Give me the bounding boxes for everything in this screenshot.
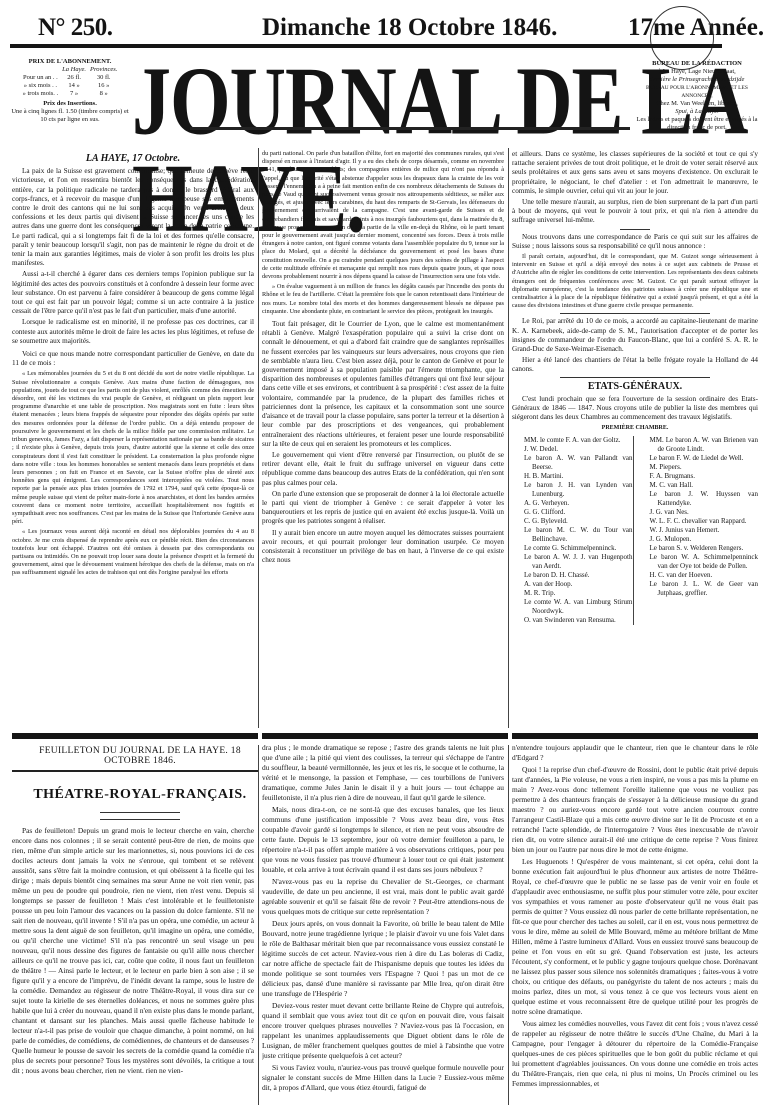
article-paragraph: Nous trouvons dans une correspondance de… bbox=[512, 233, 758, 251]
column-separator bbox=[508, 148, 509, 728]
member-name: Le baron J. H. van Lynden van Lunenburg. bbox=[512, 481, 633, 499]
insertions-text: Une à cinq lignes fl. 1.50 (timbre compr… bbox=[10, 108, 130, 124]
feuilleton-paragraph: Pas de feuilleton! Depuis un grand mois … bbox=[12, 826, 254, 1076]
column-separator bbox=[258, 148, 259, 728]
article-paragraph: du parti national. On parle d'un bataill… bbox=[262, 150, 504, 281]
feuilleton-paragraph: Quoi ! la reprise d'un chef-d'œuvre de R… bbox=[512, 765, 758, 855]
dateline: LA HAYE, 17 Octobre. bbox=[12, 154, 254, 163]
subscription-cell: 30 fl. bbox=[88, 74, 119, 82]
member-name: O. van Swinderen van Rensuma. bbox=[512, 616, 633, 625]
column-separator bbox=[508, 745, 509, 1105]
member-name: MM. le comte F. A. van der Goltz. bbox=[512, 436, 633, 445]
section-divider bbox=[620, 229, 650, 230]
feuilleton-paragraph: Vous aimez les comédies nouvelles, vous … bbox=[512, 1019, 758, 1089]
subscription-col-header: La Haye. bbox=[60, 66, 88, 74]
article-paragraph: » On évalue vaguement à un million de fr… bbox=[262, 283, 504, 316]
section-divider bbox=[560, 313, 710, 314]
member-name: Le comte G. Schimmelpenninck. bbox=[512, 544, 633, 553]
column-1: LA HAYE, 17 Octobre. La paix de la Suiss… bbox=[12, 150, 254, 740]
subscription-col-header: Provinces. bbox=[88, 66, 119, 74]
chamber-heading: PREMIÈRE CHAMBRE. bbox=[512, 424, 758, 433]
subscription-cell: 14 » bbox=[60, 82, 88, 90]
article-paragraph: On parle d'une extension que se proposer… bbox=[262, 490, 504, 527]
subscription-cell: 8 » bbox=[88, 90, 119, 98]
section-divider bbox=[560, 377, 710, 378]
feuilleton-header-rule bbox=[12, 770, 258, 772]
feuilleton-paragraph: N'avez-vous pas eu la reprise du Chevali… bbox=[262, 877, 504, 917]
bureau-address: derrière le Prinsegracht, Noordzijde bbox=[632, 76, 762, 84]
subscription-col-header bbox=[21, 66, 61, 74]
feuilleton-paragraph: Si vous l'aviez voulu, n'auriez-vous pas… bbox=[262, 1063, 504, 1093]
member-name: G. G. Clifford. bbox=[512, 508, 633, 517]
article-paragraph: Lorsque le radicalisme est en minorité, … bbox=[12, 318, 254, 346]
column-3: et ailleurs. Dans ce système, les classe… bbox=[512, 150, 758, 730]
paris-correspondence: Il paraît certain, aujourd'hui, dit le c… bbox=[512, 253, 758, 310]
feuilleton-header: FEUILLETON DU JOURNAL DE LA HAYE. 18 OCT… bbox=[20, 746, 260, 766]
member-name: C. G. Byleveld. bbox=[512, 517, 633, 526]
article-paragraph: C'est lundi prochain que se fera l'ouver… bbox=[512, 395, 758, 423]
bureau-box: BUREAU DE LA RÉDACTION à La Haye, Lage N… bbox=[632, 60, 762, 132]
article-paragraph: et ailleurs. Dans ce système, les classe… bbox=[512, 150, 758, 196]
member-name: J. G. van Nes. bbox=[638, 508, 759, 517]
feuilleton-column-1: Pas de feuilleton! Depuis un grand mois … bbox=[12, 826, 254, 1101]
ornament-icon bbox=[100, 812, 180, 820]
member-name: F. A. Brugmans. bbox=[638, 472, 759, 481]
article-paragraph: La paix de la Suisse est gravement compr… bbox=[12, 167, 254, 268]
insertions-heading: Prix des Insertions. bbox=[10, 100, 130, 108]
feuilleton-rule bbox=[12, 733, 258, 739]
bureau-agent-address: Spui, à La Haye. bbox=[632, 108, 762, 116]
etats-generaux-heading: ETATS-GÉNÉRAUX. bbox=[512, 382, 758, 391]
members-list: MM. le comte F. A. van der Goltz. J. W. … bbox=[512, 436, 758, 625]
member-name: J. W. Dedel. bbox=[512, 445, 633, 454]
article-paragraph: Voici ce que nous mande notre correspond… bbox=[12, 350, 254, 368]
subscription-heading: PRIX DE L'ABONNEMENT. bbox=[10, 58, 130, 66]
bureau-agent: Chez M. Van Weelden, libraire, bbox=[632, 100, 762, 108]
member-name: A. van der Hoop. bbox=[512, 580, 633, 589]
member-name: M. R. Trip. bbox=[512, 589, 633, 598]
theatre-section-title: THÉATRE-ROYAL-FRANÇAIS. bbox=[20, 787, 260, 803]
feuilleton-paragraph: Mais, nous dira-t-on, ce ne sont-là que … bbox=[262, 805, 504, 875]
members-column-right: MM. Le baron A. W. van Brienen van de Gr… bbox=[633, 436, 759, 625]
feuilleton-paragraph: dra plus ; le monde dramatique se repose… bbox=[262, 743, 504, 803]
subscription-table: La Haye. Provinces. Pour un an . . 26 fl… bbox=[21, 66, 120, 98]
subscription-cell: 16 » bbox=[88, 82, 119, 90]
article-paragraph: Le gouvernement qui vient d'être renvers… bbox=[262, 451, 504, 488]
member-name: M. C. van Hall. bbox=[638, 481, 759, 490]
member-name: Le comte W. A. van Limburg Stirum Noordw… bbox=[512, 598, 633, 616]
member-name: Le baron S. v. Welderen Rengers. bbox=[638, 544, 759, 553]
article-paragraph: Aussi a-t-il cherché à égarer dans ces d… bbox=[12, 270, 254, 316]
member-name: Le baron A. W. van Pallandt van Beerse. bbox=[512, 454, 633, 472]
member-name: Le baron J. L. W. de Geer van Jutphaas, … bbox=[638, 580, 759, 598]
subscription-cell: Pour un an . . bbox=[21, 74, 61, 82]
member-name: Le baron D. H. Chassé. bbox=[512, 571, 633, 580]
bureau-heading: BUREAU DE LA RÉDACTION bbox=[632, 60, 762, 68]
masthead-rule-bottom bbox=[190, 127, 630, 130]
member-name: Le baron W. A. Schimmelpenninck van der … bbox=[638, 553, 759, 571]
bureau-subheading: BUREAU POUR L'ABONNEMENT ET LES ANNONCES… bbox=[632, 84, 762, 100]
member-name: H. C. van der Hoeven. bbox=[638, 571, 759, 580]
member-name: J. G. Mulopen. bbox=[638, 535, 759, 544]
member-name: M. Piepers. bbox=[638, 463, 759, 472]
member-name: W. L. F. C. chevalier van Rappard. bbox=[638, 517, 759, 526]
feuilleton-column-3: n'entendre toujours applaudir que le cha… bbox=[512, 743, 758, 1103]
members-column-left: MM. le comte F. A. van der Goltz. J. W. … bbox=[512, 436, 633, 625]
subscription-cell: 7 » bbox=[60, 90, 88, 98]
quoted-letter-paragraph: « Les mémorables journées du 5 et du 8 o… bbox=[12, 370, 254, 526]
feuilleton-paragraph: n'entendre toujours applaudir que le cha… bbox=[512, 743, 758, 763]
bureau-address: à La Haye, Lage Nieuwstraat, bbox=[632, 68, 762, 76]
article-paragraph: Une telle mesure n'aurait, au surplus, r… bbox=[512, 198, 758, 226]
article-paragraph: Le Roi, par arrêté du 10 de ce mois, a a… bbox=[512, 317, 758, 354]
article-paragraph: Tout fait présager, dit le Courrier de L… bbox=[262, 320, 504, 449]
member-name: Le baron A. W. J. J. van Hugenpoth van A… bbox=[512, 553, 633, 571]
member-name: MM. Le baron A. W. van Brienen van de Gr… bbox=[638, 436, 759, 454]
issue-date: Dimanche 18 Octobre 1846. bbox=[262, 14, 557, 42]
member-name: Le baron F. W. de Liedel de Well. bbox=[638, 454, 759, 463]
feuilleton-paragraph: Deux jours après, on vous donnait la Fav… bbox=[262, 919, 504, 999]
column-separator bbox=[258, 745, 259, 1105]
article-paragraph: Il y aurait bien encore un autre moyen a… bbox=[262, 529, 504, 566]
feuilleton-paragraph: Les Huguenots ! Qu'espérer de vous maint… bbox=[512, 857, 758, 1017]
bureau-note: Les lettres et paquets doivent être envo… bbox=[632, 116, 762, 132]
column-2: du parti national. On parle d'un bataill… bbox=[262, 150, 504, 726]
feuilleton-paragraph: Deviez-vous rester muet devant cette bri… bbox=[262, 1001, 504, 1061]
member-name: W. J. Junius van Hemert. bbox=[638, 526, 759, 535]
article-paragraph: Hier a été lancé des chantiers de l'état… bbox=[512, 356, 758, 374]
feuilleton-rule bbox=[512, 733, 758, 739]
feuilleton-column-2: dra plus ; le monde dramatique se repose… bbox=[262, 743, 504, 1103]
feuilleton-rule bbox=[262, 733, 508, 739]
member-name: Le baron J. W. Huyssen van Kattendyke. bbox=[638, 490, 759, 508]
member-name: H. B. Martini. bbox=[512, 472, 633, 481]
member-name: A. G. Verheyen. bbox=[512, 499, 633, 508]
quoted-letter-paragraph: « Les journaux vous auront déjà raconté … bbox=[12, 528, 254, 577]
subscription-cell: » trois mois. . bbox=[21, 90, 61, 98]
issue-number: N° 250. bbox=[38, 14, 113, 42]
subscription-box: PRIX DE L'ABONNEMENT. La Haye. Provinces… bbox=[10, 58, 130, 124]
subscription-cell: » six mois . . bbox=[21, 82, 61, 90]
member-name: Le baron M. C. W. du Tour van Bellinchav… bbox=[512, 526, 633, 544]
subscription-cell: 26 fl. bbox=[60, 74, 88, 82]
